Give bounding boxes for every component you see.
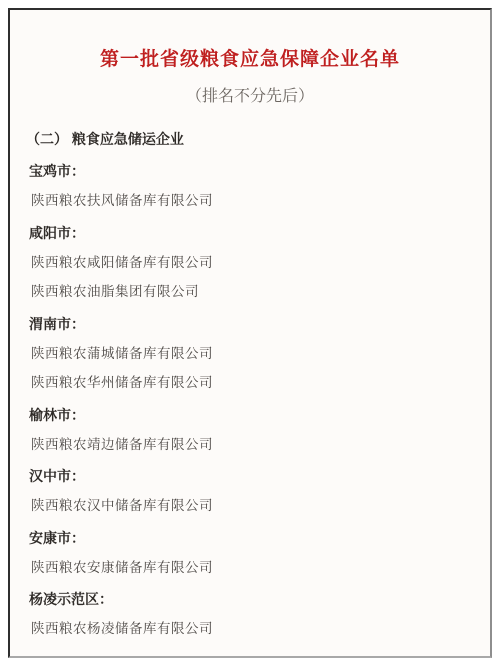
company-name: 陕西粮农咸阳储备库有限公司 xyxy=(31,256,490,270)
city-group: 渭南市： 陕西粮农蒲城储备库有限公司 陕西粮农华州储备库有限公司 xyxy=(10,317,490,390)
company-name: 陕西粮农蒲城储备库有限公司 xyxy=(31,347,490,361)
city-heading: 宝鸡市： xyxy=(29,164,490,178)
company-name: 陕西粮农华州储备库有限公司 xyxy=(31,376,490,390)
company-name: 陕西粮农扶风储备库有限公司 xyxy=(31,194,490,208)
city-heading: 安康市： xyxy=(29,531,490,545)
company-name: 陕西粮农汉中储备库有限公司 xyxy=(31,499,490,513)
company-name: 陕西粮农靖边储备库有限公司 xyxy=(31,438,490,452)
company-name: 陕西粮农油脂集团有限公司 xyxy=(31,285,490,299)
city-group: 汉中市： 陕西粮农汉中储备库有限公司 xyxy=(10,469,490,513)
city-group: 咸阳市： 陕西粮农咸阳储备库有限公司 陕西粮农油脂集团有限公司 xyxy=(10,226,490,299)
section-heading: （二） 粮食应急储运企业 xyxy=(26,132,490,146)
document-page: 第一批省级粮食应急保障企业名单 （排名不分先后） （二） 粮食应急储运企业 宝鸡… xyxy=(8,8,492,658)
city-heading: 渭南市： xyxy=(29,317,490,331)
city-group: 安康市： 陕西粮农安康储备库有限公司 xyxy=(10,531,490,575)
company-name: 陕西粮农安康储备库有限公司 xyxy=(31,561,490,575)
company-name: 陕西粮农杨凌储备库有限公司 xyxy=(31,622,490,636)
page-subtitle: （排名不分先后） xyxy=(10,89,490,105)
city-heading: 汉中市： xyxy=(29,469,490,483)
page-title: 第一批省级粮食应急保障企业名单 xyxy=(20,50,480,69)
city-heading: 咸阳市： xyxy=(29,226,490,240)
city-heading: 杨凌示范区： xyxy=(29,592,490,606)
city-group: 杨凌示范区： 陕西粮农杨凌储备库有限公司 xyxy=(10,592,490,636)
city-group: 榆林市： 陕西粮农靖边储备库有限公司 xyxy=(10,408,490,452)
city-group: 宝鸡市： 陕西粮农扶风储备库有限公司 xyxy=(10,164,490,208)
city-heading: 榆林市： xyxy=(29,408,490,422)
